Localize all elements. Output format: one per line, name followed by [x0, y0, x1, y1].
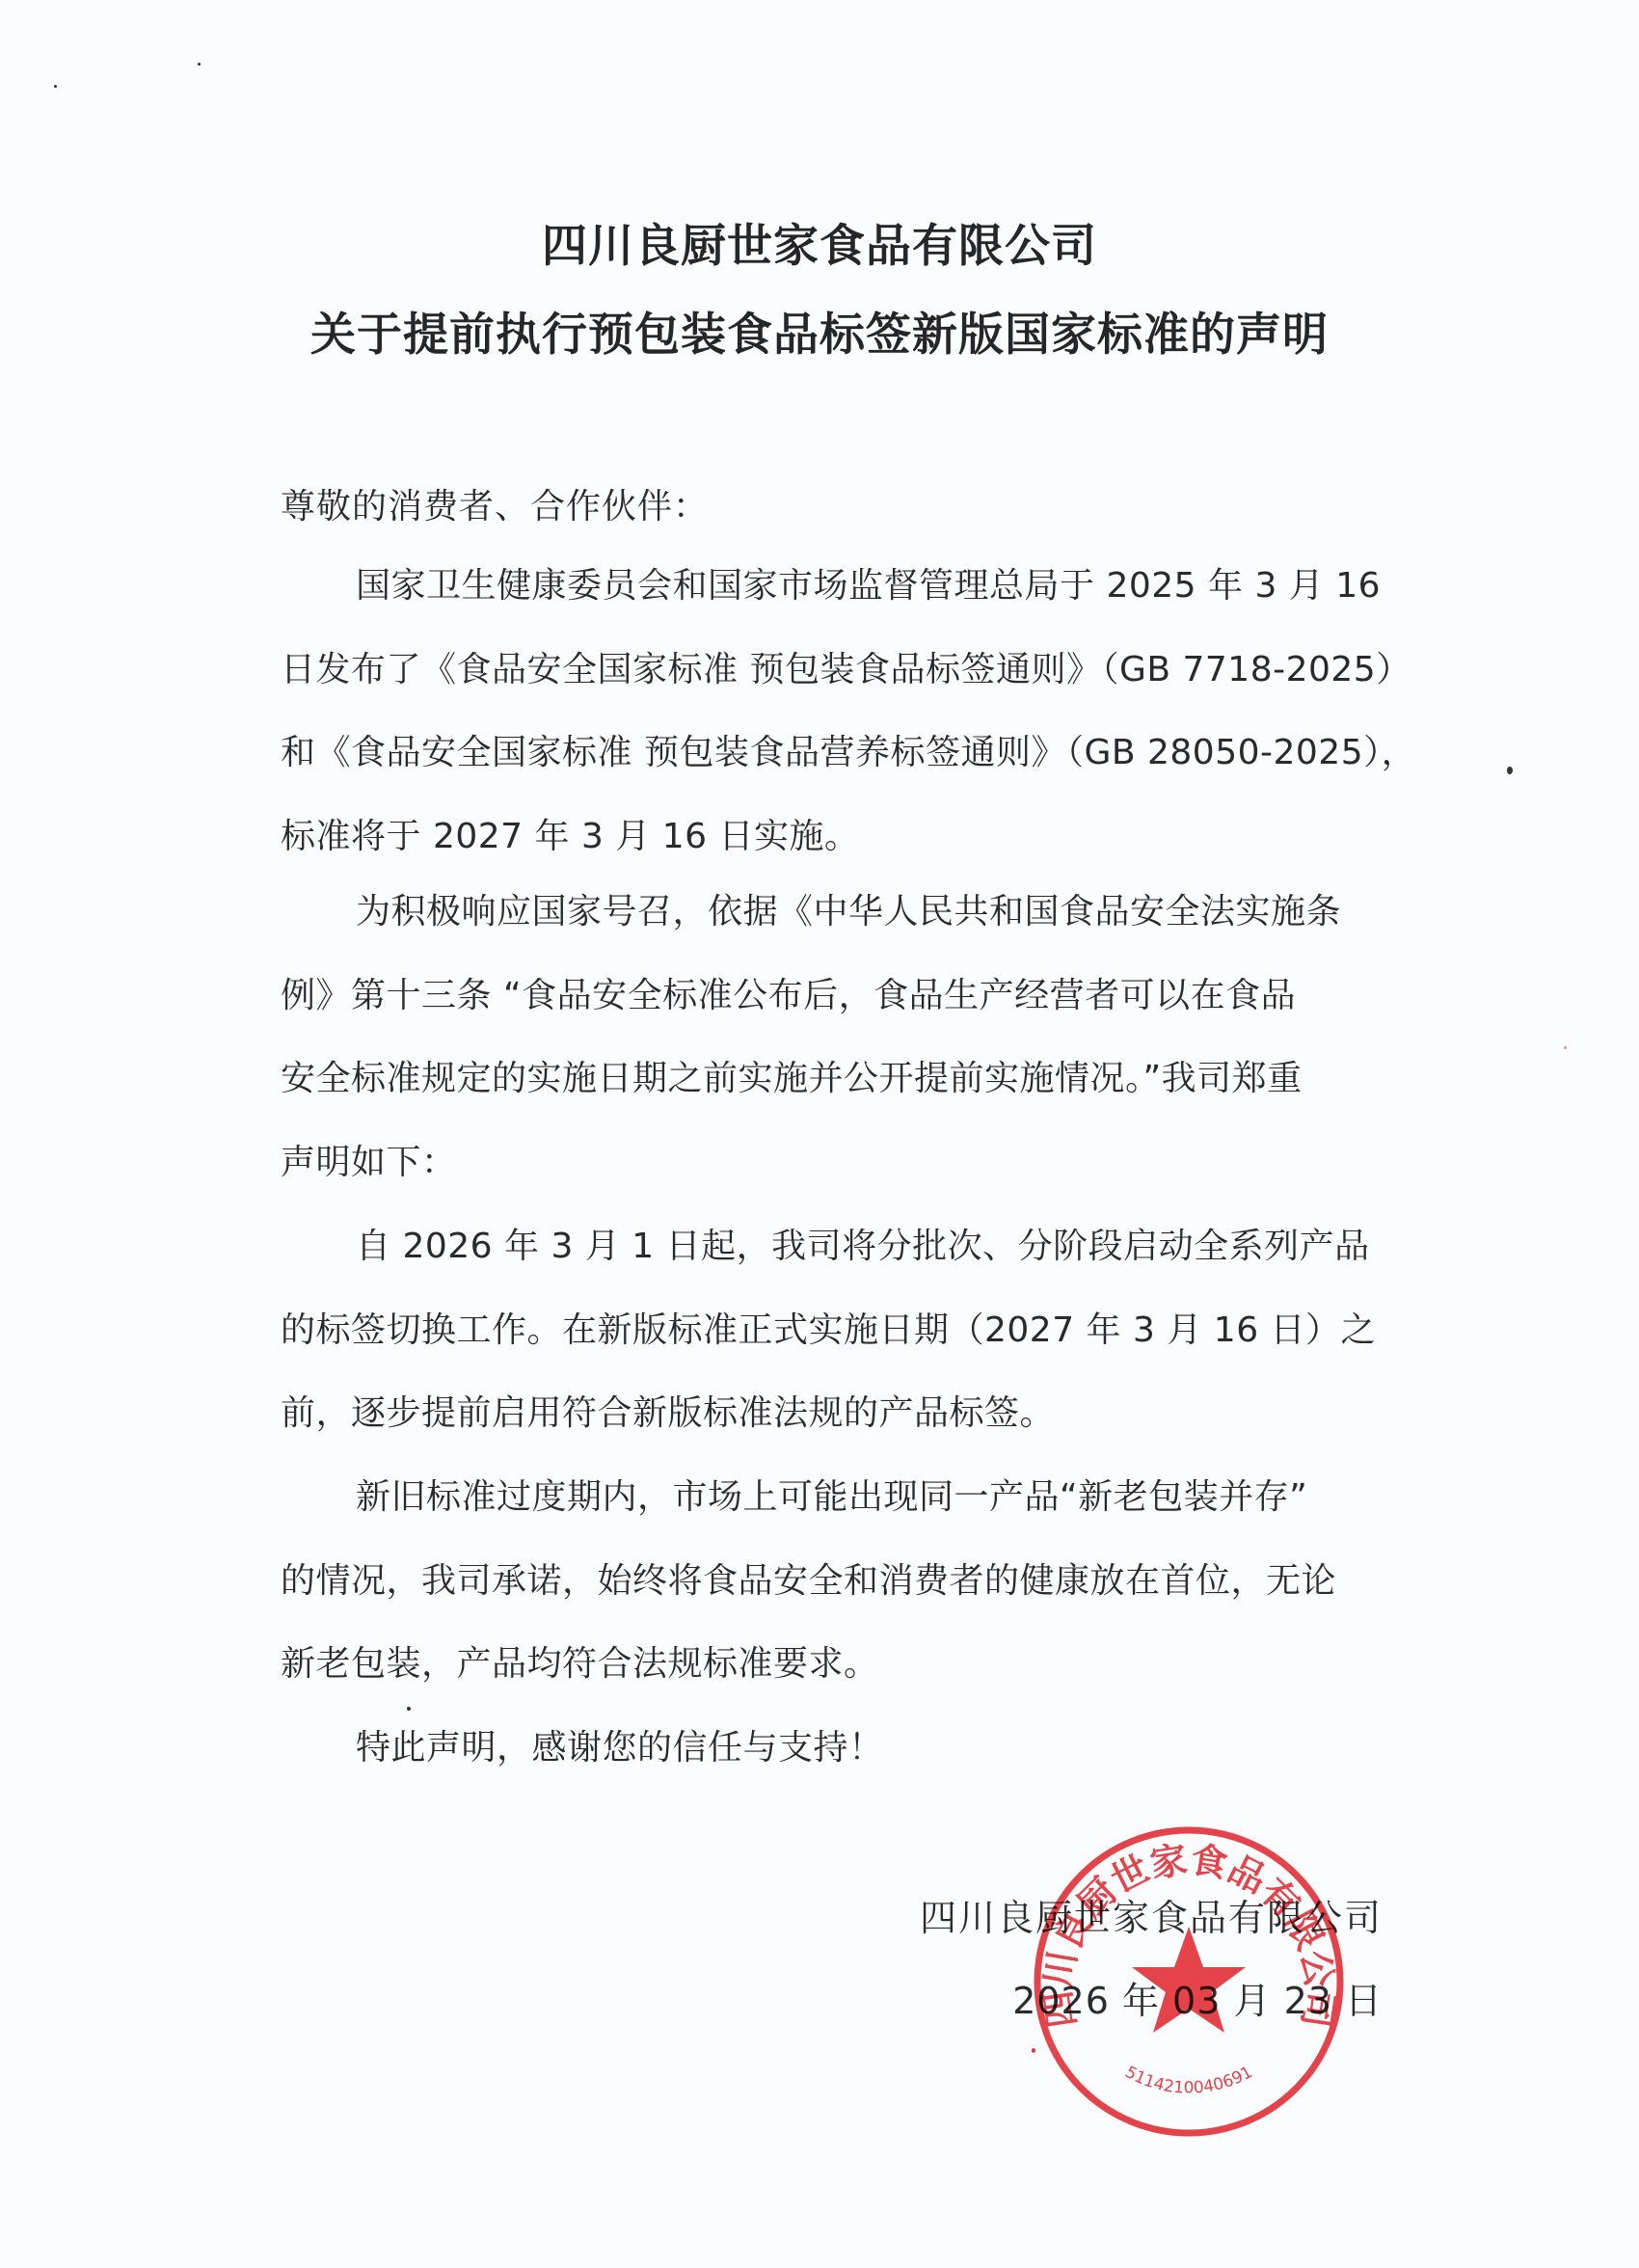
paragraph-line: 的情况，我司承诺，始终将食品安全和消费者的健康放在首位，无论 — [281, 1540, 1380, 1624]
document-page: 四川良厨世家食品有限公司 关于提前执行预包装食品标签新版国家标准的声明 尊敬的消… — [0, 0, 1639, 2268]
scan-speck — [1032, 2048, 1035, 2053]
paragraph-legal-basis: 为积极响应国家号召，依据《中华人民共和国食品安全法实施条 例》第十三条 “食品安… — [281, 871, 1380, 1204]
paragraph-line: 新旧标准过度期内，市场上可能出现同一产品“新老包装并存” — [281, 1456, 1380, 1540]
paragraph-line: 特此声明，感谢您的信任与支持！ — [281, 1707, 1380, 1791]
scan-speck — [1507, 767, 1513, 774]
seal-code: 5114210040691 — [1121, 2063, 1255, 2098]
document-title-company: 四川良厨世家食品有限公司 — [0, 210, 1639, 275]
seal-star-icon — [1132, 1927, 1246, 2033]
scan-speck — [54, 85, 57, 88]
company-seal-icon: 四川良厨世家食品有限公司 5114210040691 — [1030, 1822, 1348, 2141]
paragraph-line: 例》第十三条 “食品安全标准公布后，食品生产经营者可以在食品 — [281, 955, 1380, 1039]
paragraph-standards-release: 国家卫生健康委员会和国家市场监督管理总局于 2025 年 3 月 16 日发布了… — [281, 545, 1380, 878]
paragraph-transition-commitment: 新旧标准过度期内，市场上可能出现同一产品“新老包装并存” 的情况，我司承诺，始终… — [281, 1456, 1380, 1707]
paragraph-line: 为积极响应国家号召，依据《中华人民共和国食品安全法实施条 — [281, 871, 1380, 955]
salutation: 尊敬的消费者、合作伙伴： — [281, 479, 709, 528]
paragraph-closing: 特此声明，感谢您的信任与支持！ — [281, 1707, 1380, 1791]
paragraph-line: 前，逐步提前启用符合新版标准法规的产品标签。 — [281, 1372, 1380, 1456]
scan-speck — [407, 1707, 411, 1711]
paragraph-line: 新老包装，产品均符合法规标准要求。 — [281, 1623, 1380, 1707]
paragraph-switch-plan: 自 2026 年 3 月 1 日起，我司将分批次、分阶段启动全系列产品 的标签切… — [281, 1205, 1380, 1456]
scan-speck — [198, 63, 201, 66]
paragraph-line: 自 2026 年 3 月 1 日起，我司将分批次、分阶段启动全系列产品 — [281, 1205, 1380, 1289]
paragraph-line: 国家卫生健康委员会和国家市场监督管理总局于 2025 年 3 月 16 — [281, 545, 1380, 629]
paragraph-line: 的标签切换工作。在新版标准正式实施日期（2027 年 3 月 16 日）之 — [281, 1289, 1380, 1373]
paragraph-line: 标准将于 2027 年 3 月 16 日实施。 — [281, 796, 1380, 879]
paragraph-line: 日发布了《食品安全国家标准 预包装食品标签通则》（GB 7718-2025） — [281, 629, 1380, 713]
paragraph-line: 声明如下： — [281, 1121, 1380, 1205]
paragraph-line: 和《食品安全国家标准 预包装食品营养标签通则》（GB 28050-2025）， — [281, 712, 1380, 796]
paragraph-line: 安全标准规定的实施日期之前实施并公开提前实施情况。”我司郑重 — [281, 1038, 1380, 1121]
document-title-subject: 关于提前执行预包装食品标签新版国家标准的声明 — [0, 299, 1639, 364]
scan-speck — [1564, 1046, 1567, 1049]
